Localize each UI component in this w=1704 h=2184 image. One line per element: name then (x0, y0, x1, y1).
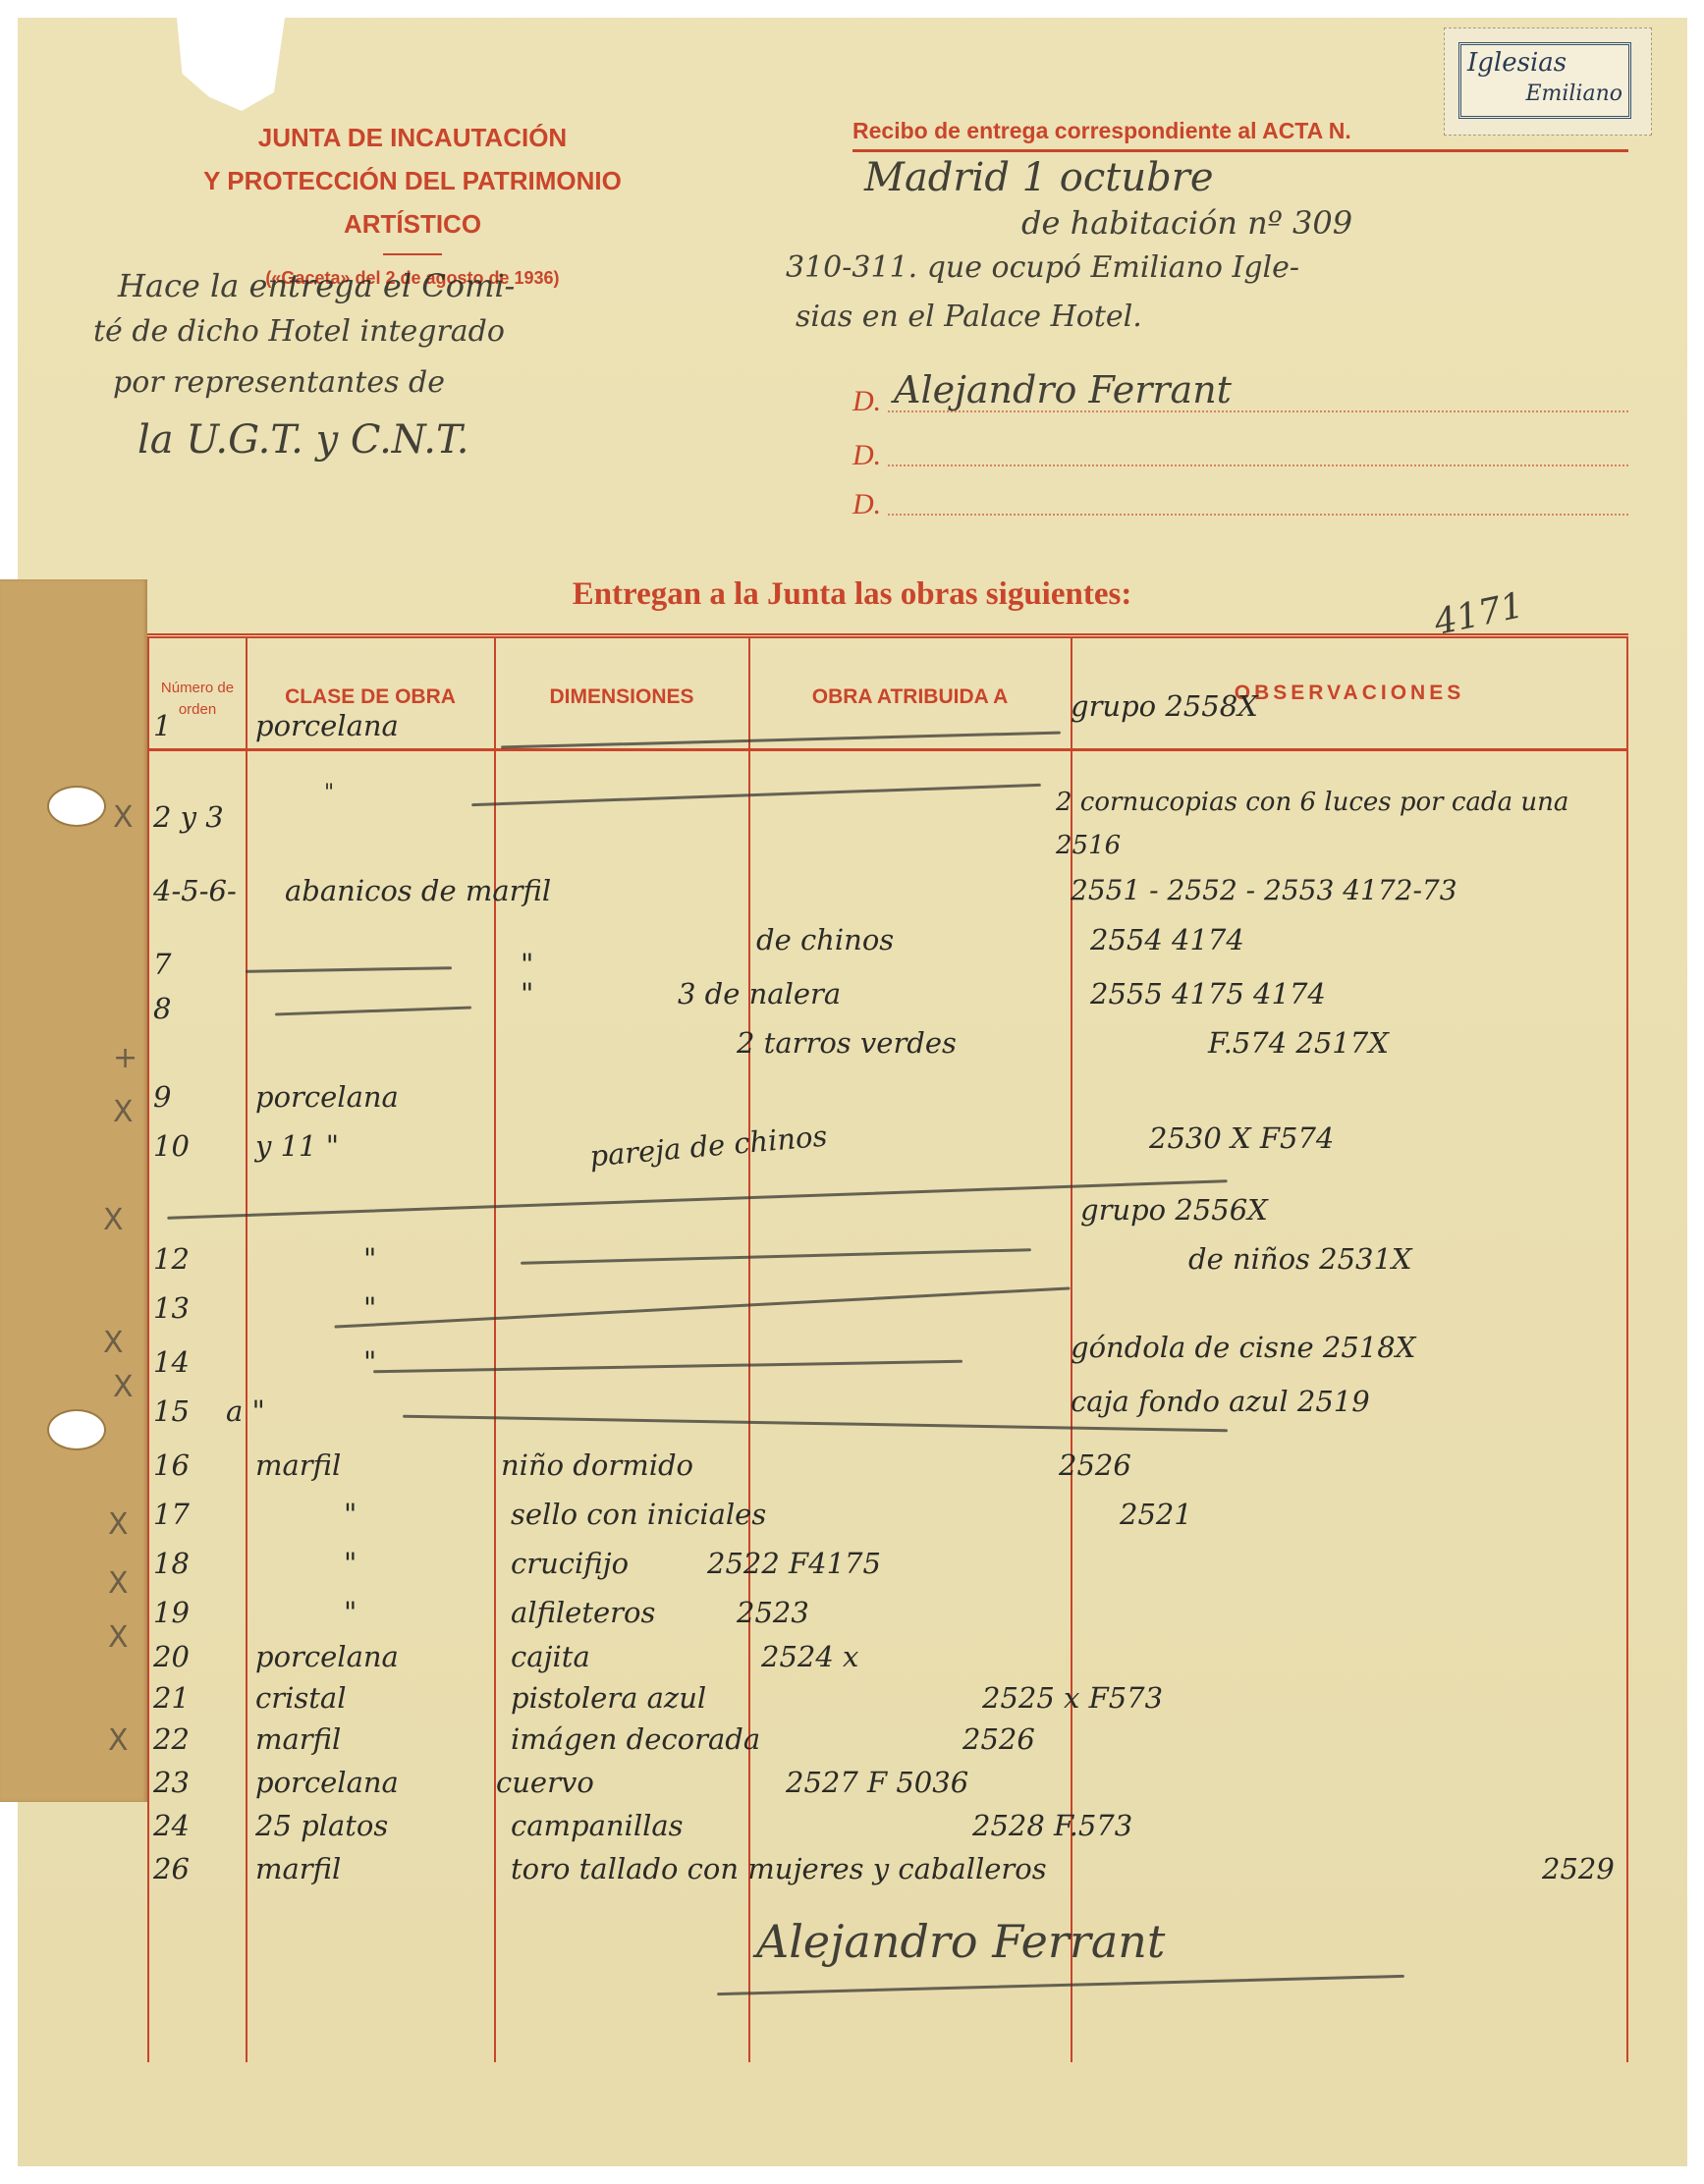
header-atribuida: OBRA ATRIBUIDA A (750, 685, 1070, 709)
margin-x-mark: X (113, 1370, 134, 1404)
margin-x-mark: X (108, 1507, 129, 1542)
margin-x-mark: X (108, 1566, 129, 1601)
cell-clase: " (363, 1345, 376, 1379)
cell-obs: F.574 2517X (1208, 1026, 1389, 1060)
table-row: 12 " de niños 2531X (147, 1242, 1628, 1282)
table-row: 2 y 3 " 2 cornucopias con 6 luces por ca… (147, 781, 1628, 820)
cell-dim: " (521, 948, 533, 981)
closing-signature: Alejandro Ferrant (756, 1915, 1165, 1968)
header-line-2: Y PROTECCIÓN DEL PATRIMONIO (137, 159, 687, 202)
cell-atrib: 2528 F.573 (972, 1809, 1132, 1842)
table-row: 23 porcelana cuervo 2527 F 5036 (147, 1766, 1628, 1805)
cell-obs: grupo 2558X (1071, 689, 1258, 723)
punch-hole (47, 786, 106, 827)
cell-num: 15 (153, 1394, 190, 1428)
cell-num: 24 (153, 1809, 190, 1842)
cell-num: 26 (153, 1852, 190, 1885)
handwritten-note-3: por representantes de (113, 365, 445, 400)
table-row: 24 25 platos campanillas 2528 F.573 (147, 1809, 1628, 1848)
cell-dim: sello con iniciales (511, 1498, 766, 1531)
cell-obs: de niños 2531X (1188, 1242, 1412, 1276)
cell-clase: marfil (255, 1722, 341, 1756)
cell-num: 4-5-6- (153, 874, 237, 907)
header-dimensiones: DIMENSIONES (496, 685, 747, 709)
table-row: 16 marfil niño dormido 2526 (147, 1448, 1628, 1488)
cell-clase: " (363, 1242, 376, 1276)
cell-num: 7 (153, 948, 171, 981)
header-divider (383, 253, 442, 255)
receipt-title-rule (852, 149, 1628, 152)
cell-atrib: 2521 (1120, 1498, 1192, 1531)
cell-num: 22 (153, 1722, 190, 1756)
table-row: 26 marfil toro tallado con mujeres y cab… (147, 1852, 1628, 1891)
cell-clase: abanicos de marfil (285, 874, 551, 907)
cell-num: 17 (153, 1498, 190, 1531)
cell-clase: " (324, 781, 334, 805)
margin-x-mark: X (103, 1203, 124, 1237)
table-row: 20 porcelana cajita 2524 x (147, 1640, 1628, 1679)
cell-clase: porcelana (255, 1640, 399, 1673)
cell-dim: toro tallado con mujeres y caballeros (511, 1852, 1047, 1885)
delivery-line-1: D. (852, 385, 1628, 418)
margin-x-mark: X (103, 1326, 124, 1360)
junta-header: JUNTA DE INCAUTACIÓN Y PROTECCIÓN DEL PA… (137, 116, 687, 293)
cell-dim: cuervo (496, 1766, 594, 1799)
cell-num: 23 (153, 1766, 190, 1799)
table-row: 14 " góndola de cisne 2518X (147, 1345, 1628, 1385)
cell-num: 20 (153, 1640, 190, 1673)
cell-dim: cajita (511, 1640, 590, 1673)
label-given-name: Emiliano (1467, 79, 1622, 110)
cell-clase: marfil (255, 1852, 341, 1885)
cell-obs: góndola de cisne 2518X (1071, 1331, 1415, 1364)
name-label-box: Iglesias Emiliano (1458, 42, 1631, 119)
table-row: 4-5-6- abanicos de marfil 2551 - 2552 - … (147, 874, 1628, 913)
table-row: 17 " sello con iniciales 2521 (147, 1498, 1628, 1537)
cell-obs: 2551 - 2552 - 2553 4172-73 (1071, 874, 1457, 906)
table-row: 2 tarros verdes F.574 2517X (147, 1026, 1628, 1065)
handwritten-room-2: 310-311. que ocupó Emiliano Igle- (786, 250, 1299, 285)
cell-clase: marfil (255, 1448, 341, 1482)
handwritten-note-2: té de dicho Hotel integrado (93, 314, 505, 349)
table-row: 22 marfil imágen decorada 2526 (147, 1722, 1628, 1762)
cell-obs: 2530 X F574 (1149, 1121, 1334, 1155)
header-rule (147, 748, 1628, 751)
cell-num: 12 (153, 1242, 190, 1276)
cell-clase: a " (226, 1394, 265, 1428)
cell-num: 21 (153, 1681, 190, 1715)
cell-obs: 2 cornucopias con 6 luces por cada una 2… (1056, 781, 1625, 867)
cell-atrib: 2522 F4175 (707, 1547, 881, 1580)
handwritten-room-3: sias en el Palace Hotel. (796, 300, 1142, 334)
works-table: Número de orden CLASE DE OBRA DIMENSIONE… (147, 633, 1628, 2062)
table-row: grupo 2556X (147, 1193, 1628, 1232)
cell-num: 19 (153, 1596, 190, 1629)
cell-obs: 2555 4175 4174 (1090, 977, 1326, 1010)
cell-atrib: 2523 (737, 1596, 809, 1629)
cell-clase: 25 platos (255, 1809, 388, 1842)
name-label: Iglesias Emiliano (1444, 27, 1652, 136)
cell-obs: 2554 4174 (1090, 923, 1244, 956)
cell-clase: " (344, 1596, 357, 1629)
table-row: 7 " de chinos 2554 4174 (147, 923, 1628, 962)
table-row: 18 " crucifijo 2522 F4175 (147, 1547, 1628, 1586)
cell-dim: " (521, 977, 533, 1010)
cell-atrib: 2525 x F573 (982, 1681, 1163, 1715)
cell-clase: " (363, 1291, 376, 1325)
cell-dim: crucifijo (511, 1547, 629, 1580)
margin-x-mark: X (108, 1620, 129, 1655)
handwritten-note-4: la U.G.T. y C.N.T. (137, 417, 468, 463)
cell-obs: grupo 2556X (1080, 1193, 1268, 1227)
header-clase: CLASE DE OBRA (247, 685, 493, 709)
table-row: 10 y 11 " pareja de chinos 2530 X F574 (147, 1129, 1628, 1169)
punch-hole (47, 1409, 106, 1450)
delivery-line-3: D. (852, 488, 1628, 521)
cell-atrib: 3 de nalera (678, 977, 841, 1010)
cell-clase: porcelana (255, 1766, 399, 1799)
margin-x-mark: X (113, 800, 134, 835)
cell-num: 16 (153, 1448, 190, 1482)
tape-strip (0, 579, 147, 1802)
cell-num: 10 (153, 1129, 190, 1163)
cell-atrib: 2526 (1059, 1448, 1131, 1482)
header-line-1: JUNTA DE INCAUTACIÓN (137, 116, 687, 159)
header-line-3: ARTÍSTICO (137, 202, 687, 246)
cell-num: 1 (153, 709, 171, 742)
cell-dim: niño dormido (501, 1448, 693, 1482)
cell-clase: " (344, 1547, 357, 1580)
cell-dim: campanillas (511, 1809, 684, 1842)
cell-atrib: 2527 F 5036 (786, 1766, 968, 1799)
cell-obs: 2529 (1542, 1852, 1615, 1885)
margin-x-mark: X (113, 1095, 134, 1129)
handwritten-room-1: de habitación nº 309 (1021, 204, 1352, 242)
table-row: 1 porcelana grupo 2558X (147, 709, 1628, 748)
cell-atrib: 2524 x (761, 1640, 858, 1673)
table-row: 9 porcelana (147, 1080, 1628, 1119)
receipt-title: Recibo de entrega correspondiente al ACT… (852, 118, 1351, 144)
cell-atrib: 2526 (962, 1722, 1035, 1756)
cell-num: 8 (153, 992, 171, 1025)
handwritten-date: Madrid 1 octubre (864, 155, 1214, 200)
handwritten-note-1: Hace la entrega el Comi- (118, 267, 515, 304)
table-row: 19 " alfileteros 2523 (147, 1596, 1628, 1635)
table-row: 21 cristal pistolera azul 2525 x F573 (147, 1681, 1628, 1720)
cell-dim: alfileteros (511, 1596, 655, 1629)
signature-underline (717, 1975, 1404, 1995)
cell-obs: caja fondo azul 2519 (1071, 1385, 1370, 1418)
cell-atrib: de chinos (756, 923, 894, 956)
cell-dim: imágen decorada (511, 1722, 760, 1756)
cell-clase: porcelana (255, 1080, 399, 1114)
margin-x-mark: + (113, 1041, 137, 1075)
delivery-line-2: D. (852, 439, 1628, 472)
cell-dim: pistolera azul (511, 1681, 706, 1715)
margin-x-mark: X (108, 1723, 129, 1758)
cell-clase: " (344, 1498, 357, 1531)
label-surname: Iglesias (1467, 47, 1622, 79)
cell-num: 9 (153, 1080, 171, 1114)
dash-stroke (246, 966, 452, 973)
cell-num: 14 (153, 1345, 190, 1379)
cell-clase: y 11 " (255, 1129, 339, 1163)
cell-atrib: 2 tarros verdes (737, 1026, 957, 1060)
table-row: 15 a " caja fondo azul 2519 (147, 1394, 1628, 1434)
cell-atrib: pareja de chinos (588, 1119, 829, 1173)
cell-num: 2 y 3 (153, 800, 224, 834)
cell-num: 18 (153, 1547, 190, 1580)
cell-clase: cristal (255, 1681, 346, 1715)
cell-num: 13 (153, 1291, 190, 1325)
cell-clase: porcelana (255, 709, 399, 742)
